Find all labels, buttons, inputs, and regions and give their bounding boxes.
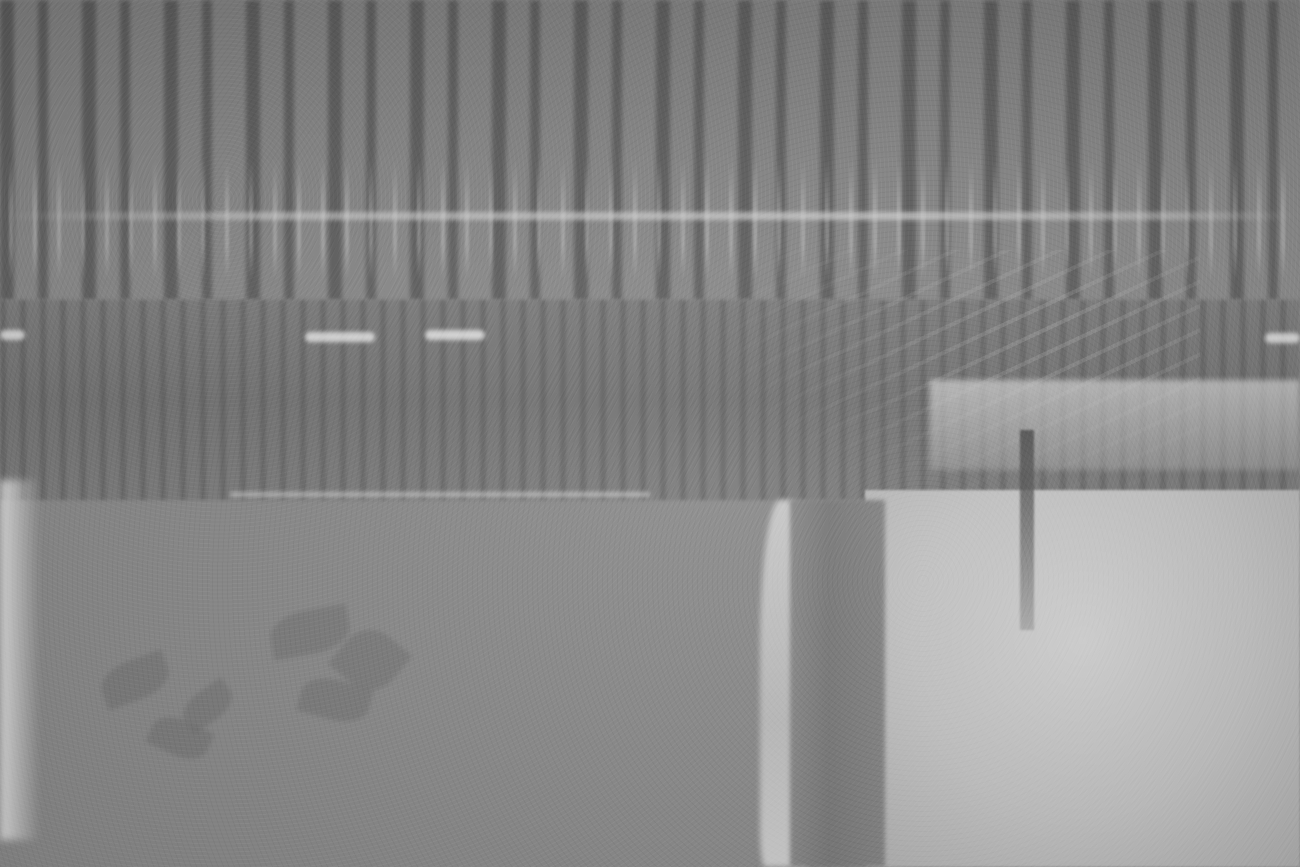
trunk-highlight (760, 500, 810, 867)
light-concrete-panel (865, 490, 1300, 867)
shoreline-highlight (0, 212, 1300, 220)
vignette-overlay (0, 0, 1300, 867)
water-glint (230, 492, 650, 497)
light-band (930, 380, 1300, 470)
leaf-silhouette (328, 618, 413, 703)
leaf-silhouette (176, 677, 239, 735)
leaf-silhouette (95, 649, 174, 711)
leaf-silhouette (145, 709, 215, 767)
sun-rays (700, 250, 1200, 510)
water-glint (0, 330, 25, 340)
forest-light-streaks (0, 160, 1300, 280)
left-edge-glow (0, 480, 40, 840)
dark-post (1020, 430, 1034, 630)
water-glint (1265, 333, 1300, 343)
image-description: Abstract grayscale grunge texture: misty… (0, 0, 1, 1)
texture-canvas: Abstract grayscale grunge texture: misty… (0, 0, 1300, 867)
tree-trunk-silhouette (790, 500, 885, 867)
leaf-silhouette (296, 672, 374, 729)
grain-overlay (0, 0, 1300, 867)
leaf-silhouette (267, 603, 353, 660)
water-glint (425, 330, 485, 340)
water-glint (305, 332, 375, 342)
water-reflection (0, 300, 1300, 500)
forest-tree-band (0, 0, 1300, 300)
